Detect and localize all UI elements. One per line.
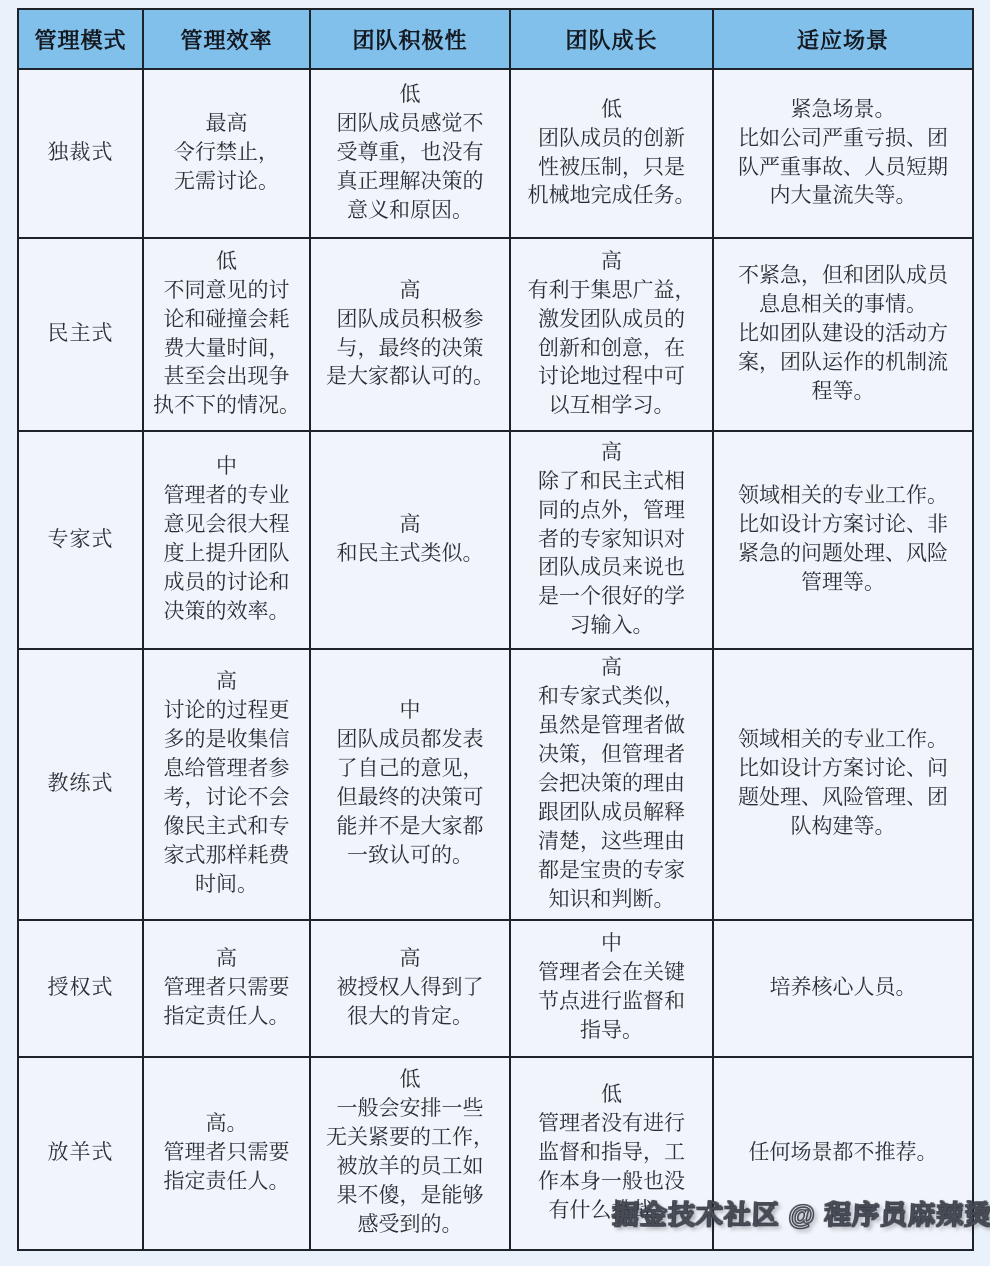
column-header-mode: 管理模式 <box>18 9 143 69</box>
table-row-democratic: 民主式 低 不同意见的讨 论和碰撞会耗 费大量时间， 甚至会出现争 执不下的情况… <box>18 238 973 431</box>
cell-motivation: 低 一般会安排一些 无关紧要的工作， 被放羊的员工如 果不傻，是能够 感受到的。 <box>310 1057 510 1250</box>
cell-scenario: 培养核心人员。 <box>713 920 973 1057</box>
row-label: 专家式 <box>18 431 143 649</box>
column-header-scenario: 适应场景 <box>713 9 973 69</box>
table-row-expert: 专家式 中 管理者的专业 意见会很大程 度上提升团队 成员的讨论和 决策的效率。… <box>18 431 973 649</box>
cell-efficiency: 最高 令行禁止， 无需讨论。 <box>143 69 310 238</box>
table-row-coach: 教练式 高 讨论的过程更 多的是收集信 息给管理者参 考，讨论不会 像民主式和专… <box>18 649 973 920</box>
row-label: 民主式 <box>18 238 143 431</box>
table-row-dictatorial: 独裁式 最高 令行禁止， 无需讨论。 低 团队成员感觉不 受尊重，也没有 真正理… <box>18 69 973 238</box>
cell-motivation: 高 和民主式类似。 <box>310 431 510 649</box>
cell-scenario: 紧急场景。 比如公司严重亏损、团 队严重事故、人员短期 内大量流失等。 <box>713 69 973 238</box>
management-styles-table: 管理模式 管理效率 团队积极性 团队成长 适应场景 独裁式 最高 令行禁止， 无… <box>17 8 974 1251</box>
table-row-delegation: 授权式 高 管理者只需要 指定责任人。 高 被授权人得到了 很大的肯定。 中 管… <box>18 920 973 1057</box>
table-header-row: 管理模式 管理效率 团队积极性 团队成长 适应场景 <box>18 9 973 69</box>
cell-motivation: 高 团队成员积极参 与，最终的决策 是大家都认可的。 <box>310 238 510 431</box>
cell-efficiency: 高 讨论的过程更 多的是收集信 息给管理者参 考，讨论不会 像民主式和专 家式那… <box>143 649 310 920</box>
cell-growth: 中 管理者会在关键 节点进行监督和 指导。 <box>510 920 713 1057</box>
cell-motivation: 中 团队成员都发表 了自己的意见， 但最终的决策可 能并不是大家都 一致认可的。 <box>310 649 510 920</box>
cell-efficiency: 高。 管理者只需要 指定责任人。 <box>143 1057 310 1250</box>
cell-scenario: 领域相关的专业工作。 比如设计方案讨论、问 题处理、风险管理、团 队构建等。 <box>713 649 973 920</box>
column-header-efficiency: 管理效率 <box>143 9 310 69</box>
row-label: 授权式 <box>18 920 143 1057</box>
cell-scenario: 不紧急，但和团队成员 息息相关的事情。 比如团队建设的活动方 案，团队运作的机制… <box>713 238 973 431</box>
cell-motivation: 高 被授权人得到了 很大的肯定。 <box>310 920 510 1057</box>
cell-growth: 高 除了和民主式相 同的点外，管理 者的专家知识对 团队成员来说也 是一个很好的… <box>510 431 713 649</box>
column-header-growth: 团队成长 <box>510 9 713 69</box>
cell-efficiency: 低 不同意见的讨 论和碰撞会耗 费大量时间， 甚至会出现争 执不下的情况。 <box>143 238 310 431</box>
cell-scenario: 领域相关的专业工作。 比如设计方案讨论、非 紧急的问题处理、风险 管理等。 <box>713 431 973 649</box>
cell-efficiency: 高 管理者只需要 指定责任人。 <box>143 920 310 1057</box>
cell-growth: 高 有利于集思广益， 激发团队成员的 创新和创意，在 讨论地过程中可 以互相学习… <box>510 238 713 431</box>
row-label: 教练式 <box>18 649 143 920</box>
watermark: 掘金技术社区 @ 程序员麻辣烫 <box>611 1193 990 1232</box>
cell-motivation: 低 团队成员感觉不 受尊重，也没有 真正理解决策的 意义和原因。 <box>310 69 510 238</box>
cell-growth: 高 和专家式类似， 虽然是管理者做 决策，但管理者 会把决策的理由 跟团队成员解… <box>510 649 713 920</box>
row-label: 放羊式 <box>18 1057 143 1250</box>
column-header-motivation: 团队积极性 <box>310 9 510 69</box>
cell-efficiency: 中 管理者的专业 意见会很大程 度上提升团队 成员的讨论和 决策的效率。 <box>143 431 310 649</box>
cell-growth: 低 团队成员的创新 性被压制，只是 机械地完成任务。 <box>510 69 713 238</box>
row-label: 独裁式 <box>18 69 143 238</box>
